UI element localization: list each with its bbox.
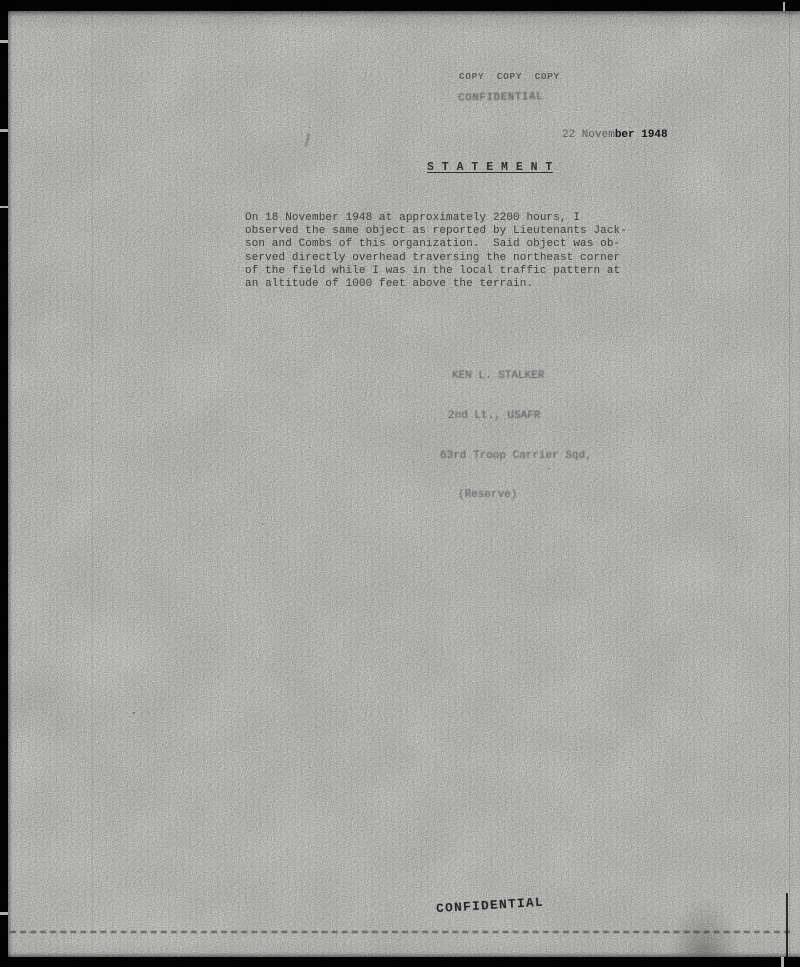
scan-edge-top: [0, 0, 800, 11]
scan-artifact-smudge: [668, 898, 742, 956]
scan-noise-overlay: [0, 0, 800, 967]
signature-component: (Reserve): [458, 489, 592, 502]
date-text-light: 22 Novem: [562, 129, 615, 141]
statement-body: On 18 November 1948 at approximately 220…: [245, 212, 627, 291]
scan-edge-notch: [0, 129, 8, 132]
date-text-bold: ber 1948: [615, 129, 668, 141]
scan-speck: [699, 318, 700, 319]
scan-speck: [133, 712, 135, 714]
signature-rank: 2nd Lt., USAFR: [448, 410, 592, 423]
scan-edge-notch: [0, 912, 8, 915]
copy-stamp: COPY COPY COPY: [459, 71, 560, 82]
scan-speck: [182, 598, 183, 599]
scan-speck: [424, 651, 426, 653]
signature-unit: 63rd Troop Carrier Sqd,: [440, 450, 592, 463]
scan-edge-notch: [781, 957, 784, 967]
scan-speck: [718, 562, 719, 563]
scan-edge-notch: [783, 2, 785, 11]
scan-speck: [262, 523, 263, 525]
pencil-mark: [305, 133, 311, 147]
scan-edge-bottom: [0, 957, 800, 967]
date-line: 22 November 1948: [562, 129, 668, 141]
scan-artifact-streak: [92, 0, 93, 967]
scan-speck: [92, 352, 93, 353]
scan-edge-notch: [0, 206, 8, 208]
scanned-document-page: COPY COPY COPY CONFIDENTIAL 22 November …: [0, 0, 800, 967]
scan-speck: [352, 818, 353, 819]
scan-artifact-vertical-line-faint: [789, 0, 790, 967]
signature-block: KEN L. STALKER 2nd Lt., USAFR 63rd Troop…: [440, 344, 592, 529]
scan-edge-left: [0, 0, 8, 967]
confidential-stamp-bottom: CONFIDENTIAL: [436, 895, 545, 917]
confidential-stamp-top: CONFIDENTIAL: [458, 91, 543, 104]
scan-speck: [612, 748, 613, 749]
signature-name: KEN L. STALKER: [452, 370, 592, 383]
scan-artifact-vertical-line: [786, 893, 788, 959]
scan-edge-notch: [0, 40, 8, 43]
statement-heading: S T A T E M E N T: [427, 161, 553, 174]
